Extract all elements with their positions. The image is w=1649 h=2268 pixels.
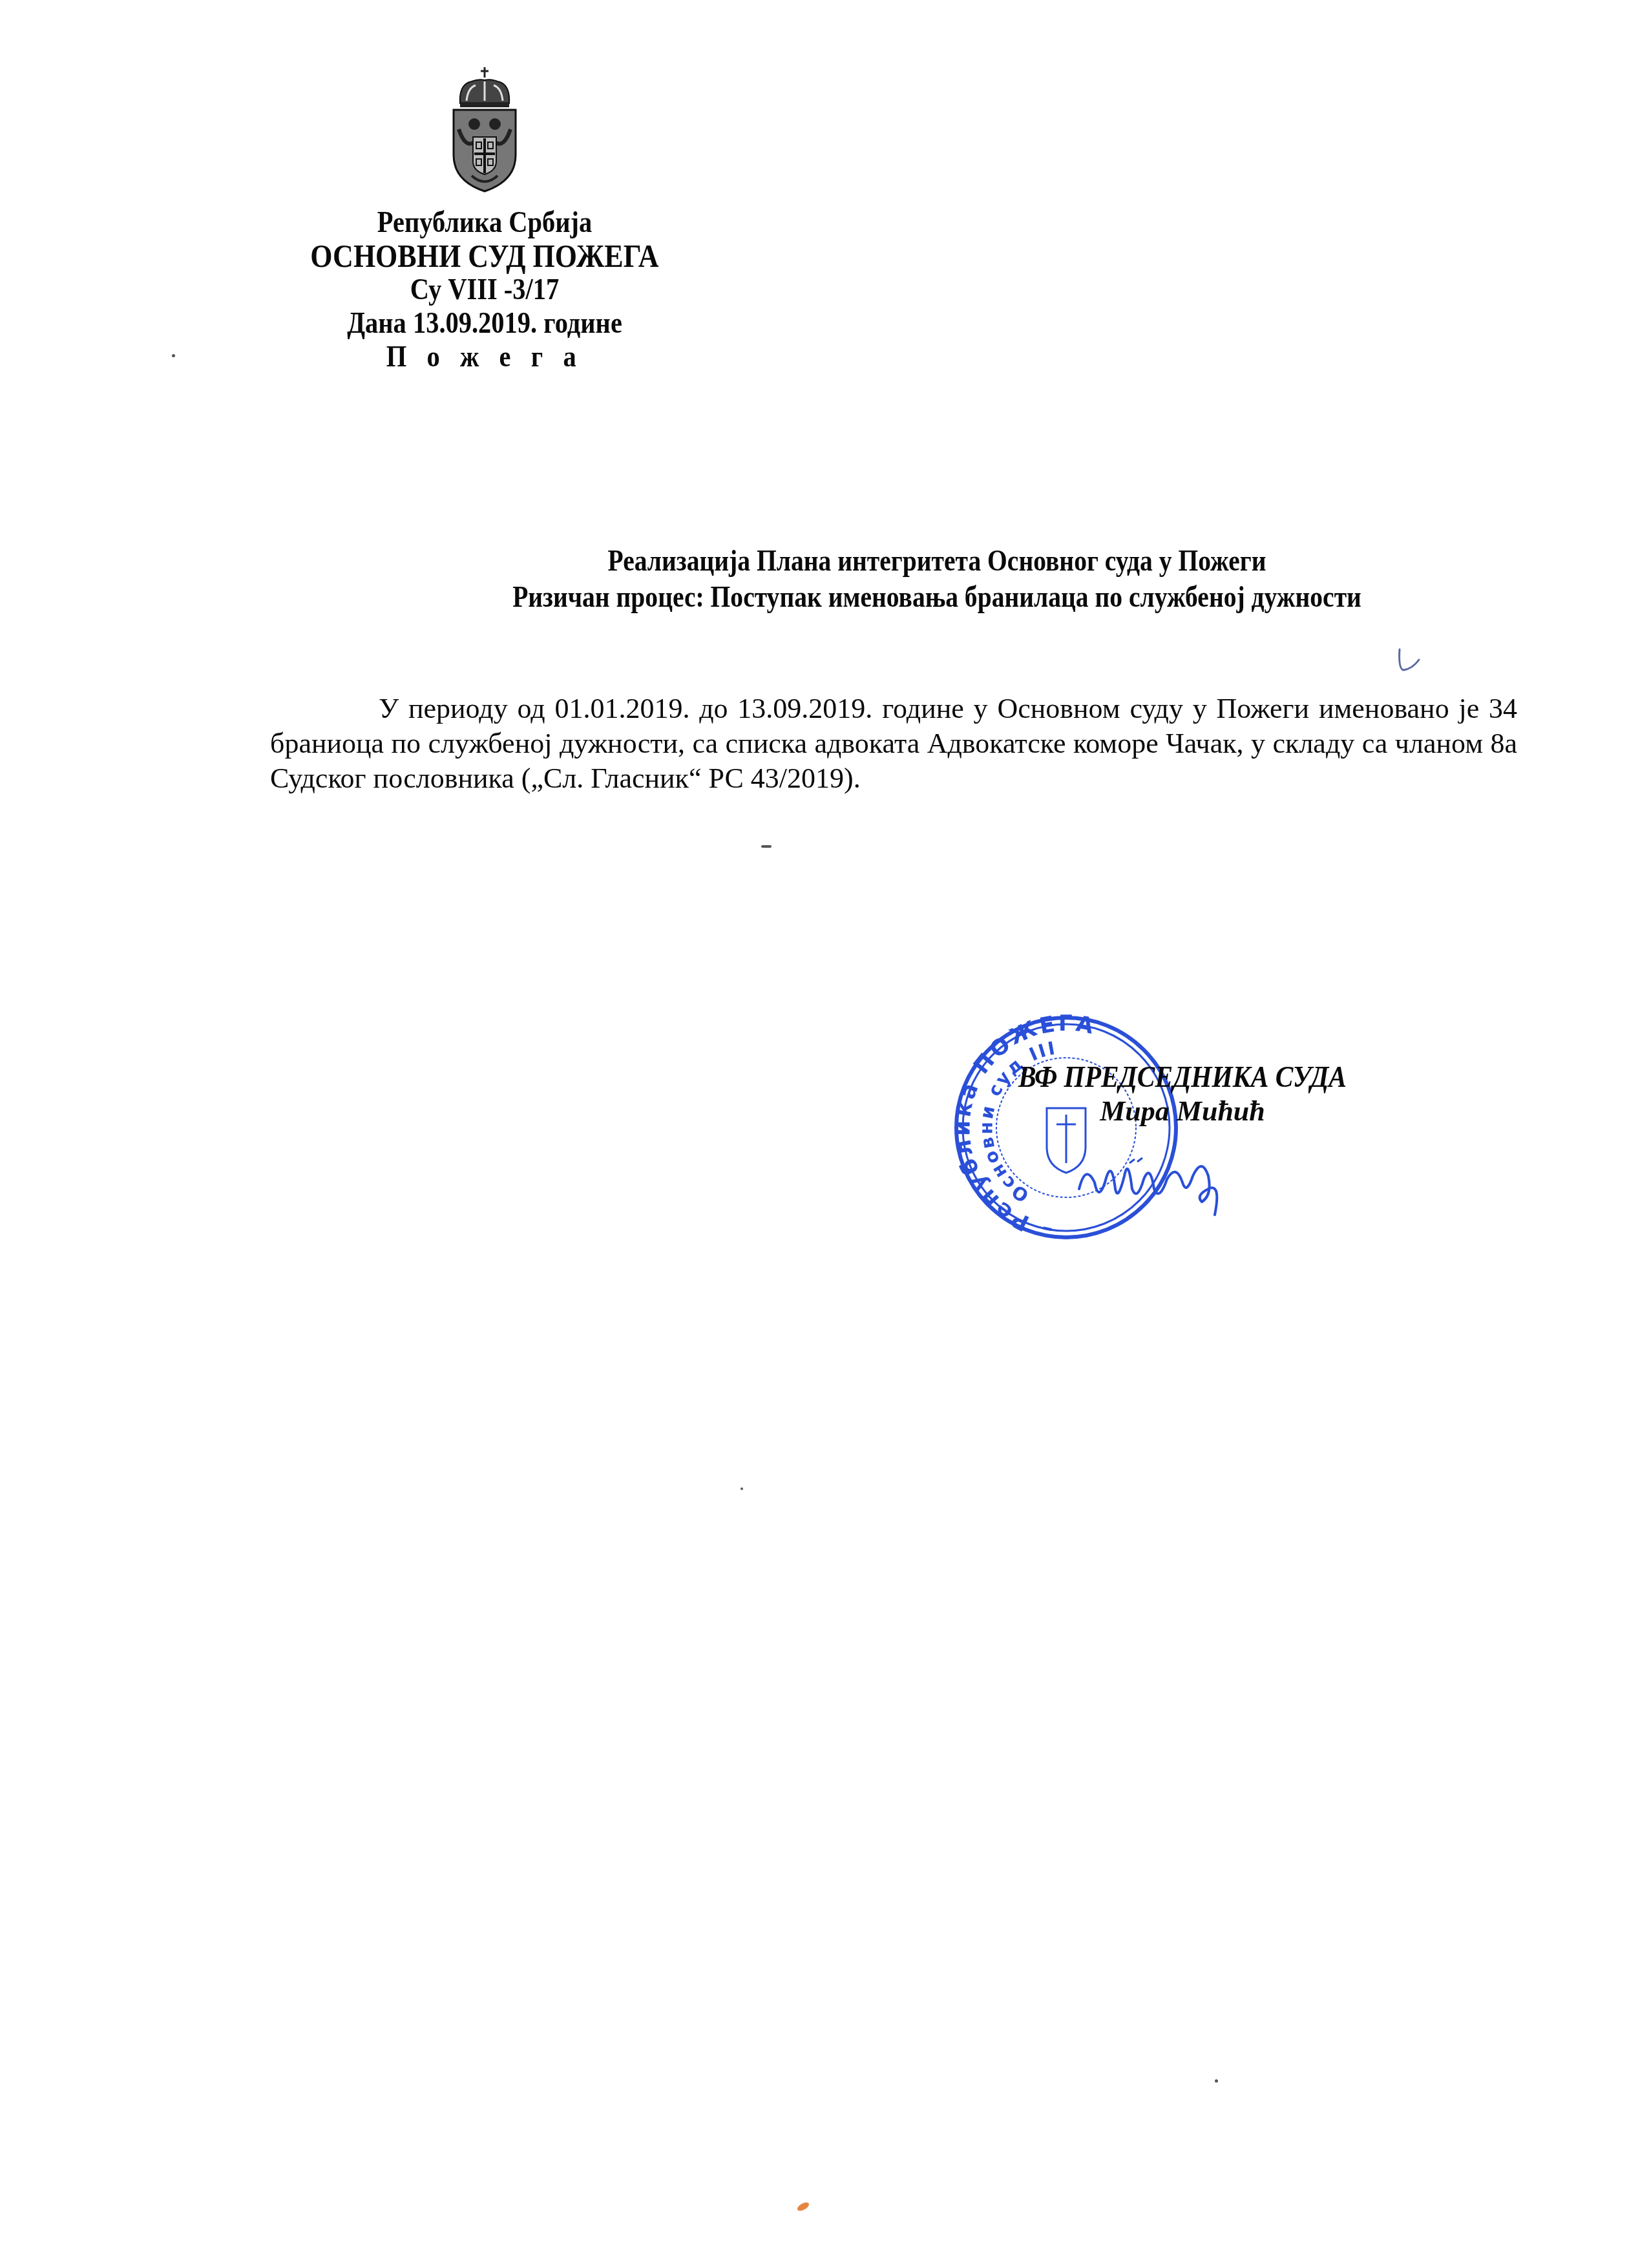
document-title: Реализација Плана интегритета Основног с… (414, 543, 1460, 615)
scan-speck (1215, 2079, 1218, 2083)
body-paragraph: У периоду од 01.01.2019. до 13.09.2019. … (270, 691, 1517, 796)
title-line-1: Реализација Плана интегритета Основног с… (487, 543, 1387, 579)
title-line-2: Ризичан процес: Поступак именовања брани… (487, 579, 1387, 615)
scan-speck (740, 1487, 743, 1490)
republic-name: Република Србија (308, 205, 661, 239)
letterhead: Република Србија ОСНОВНИ СУД ПОЖЕГА Су V… (284, 65, 685, 373)
handwritten-check-icon (1396, 636, 1422, 675)
document-page: Република Србија ОСНОВНИ СУД ПОЖЕГА Су V… (0, 0, 1649, 2268)
handwritten-signature-icon (1073, 1144, 1241, 1221)
serbia-coat-of-arms-icon (446, 65, 523, 194)
document-date: Дана 13.09.2019. године (308, 306, 661, 340)
reference-number: Су VIII -3/17 (308, 273, 661, 306)
scan-speck (796, 2201, 810, 2213)
signature-block: ВФ ПРЕДСЕДНИКА СУДА Мира Мићић (982, 1060, 1383, 1128)
court-name: ОСНОВНИ СУД ПОЖЕГА (308, 239, 661, 273)
scan-speck (172, 354, 175, 357)
signatory-title: ВФ ПРЕДСЕДНИКА СУДА (1002, 1060, 1363, 1095)
city-name: П о ж е г а (308, 340, 661, 373)
scan-speck (761, 845, 772, 848)
body-text: У периоду од 01.01.2019. до 13.09.2019. … (270, 693, 1517, 794)
signatory-name: Мира Мићић (982, 1095, 1383, 1128)
